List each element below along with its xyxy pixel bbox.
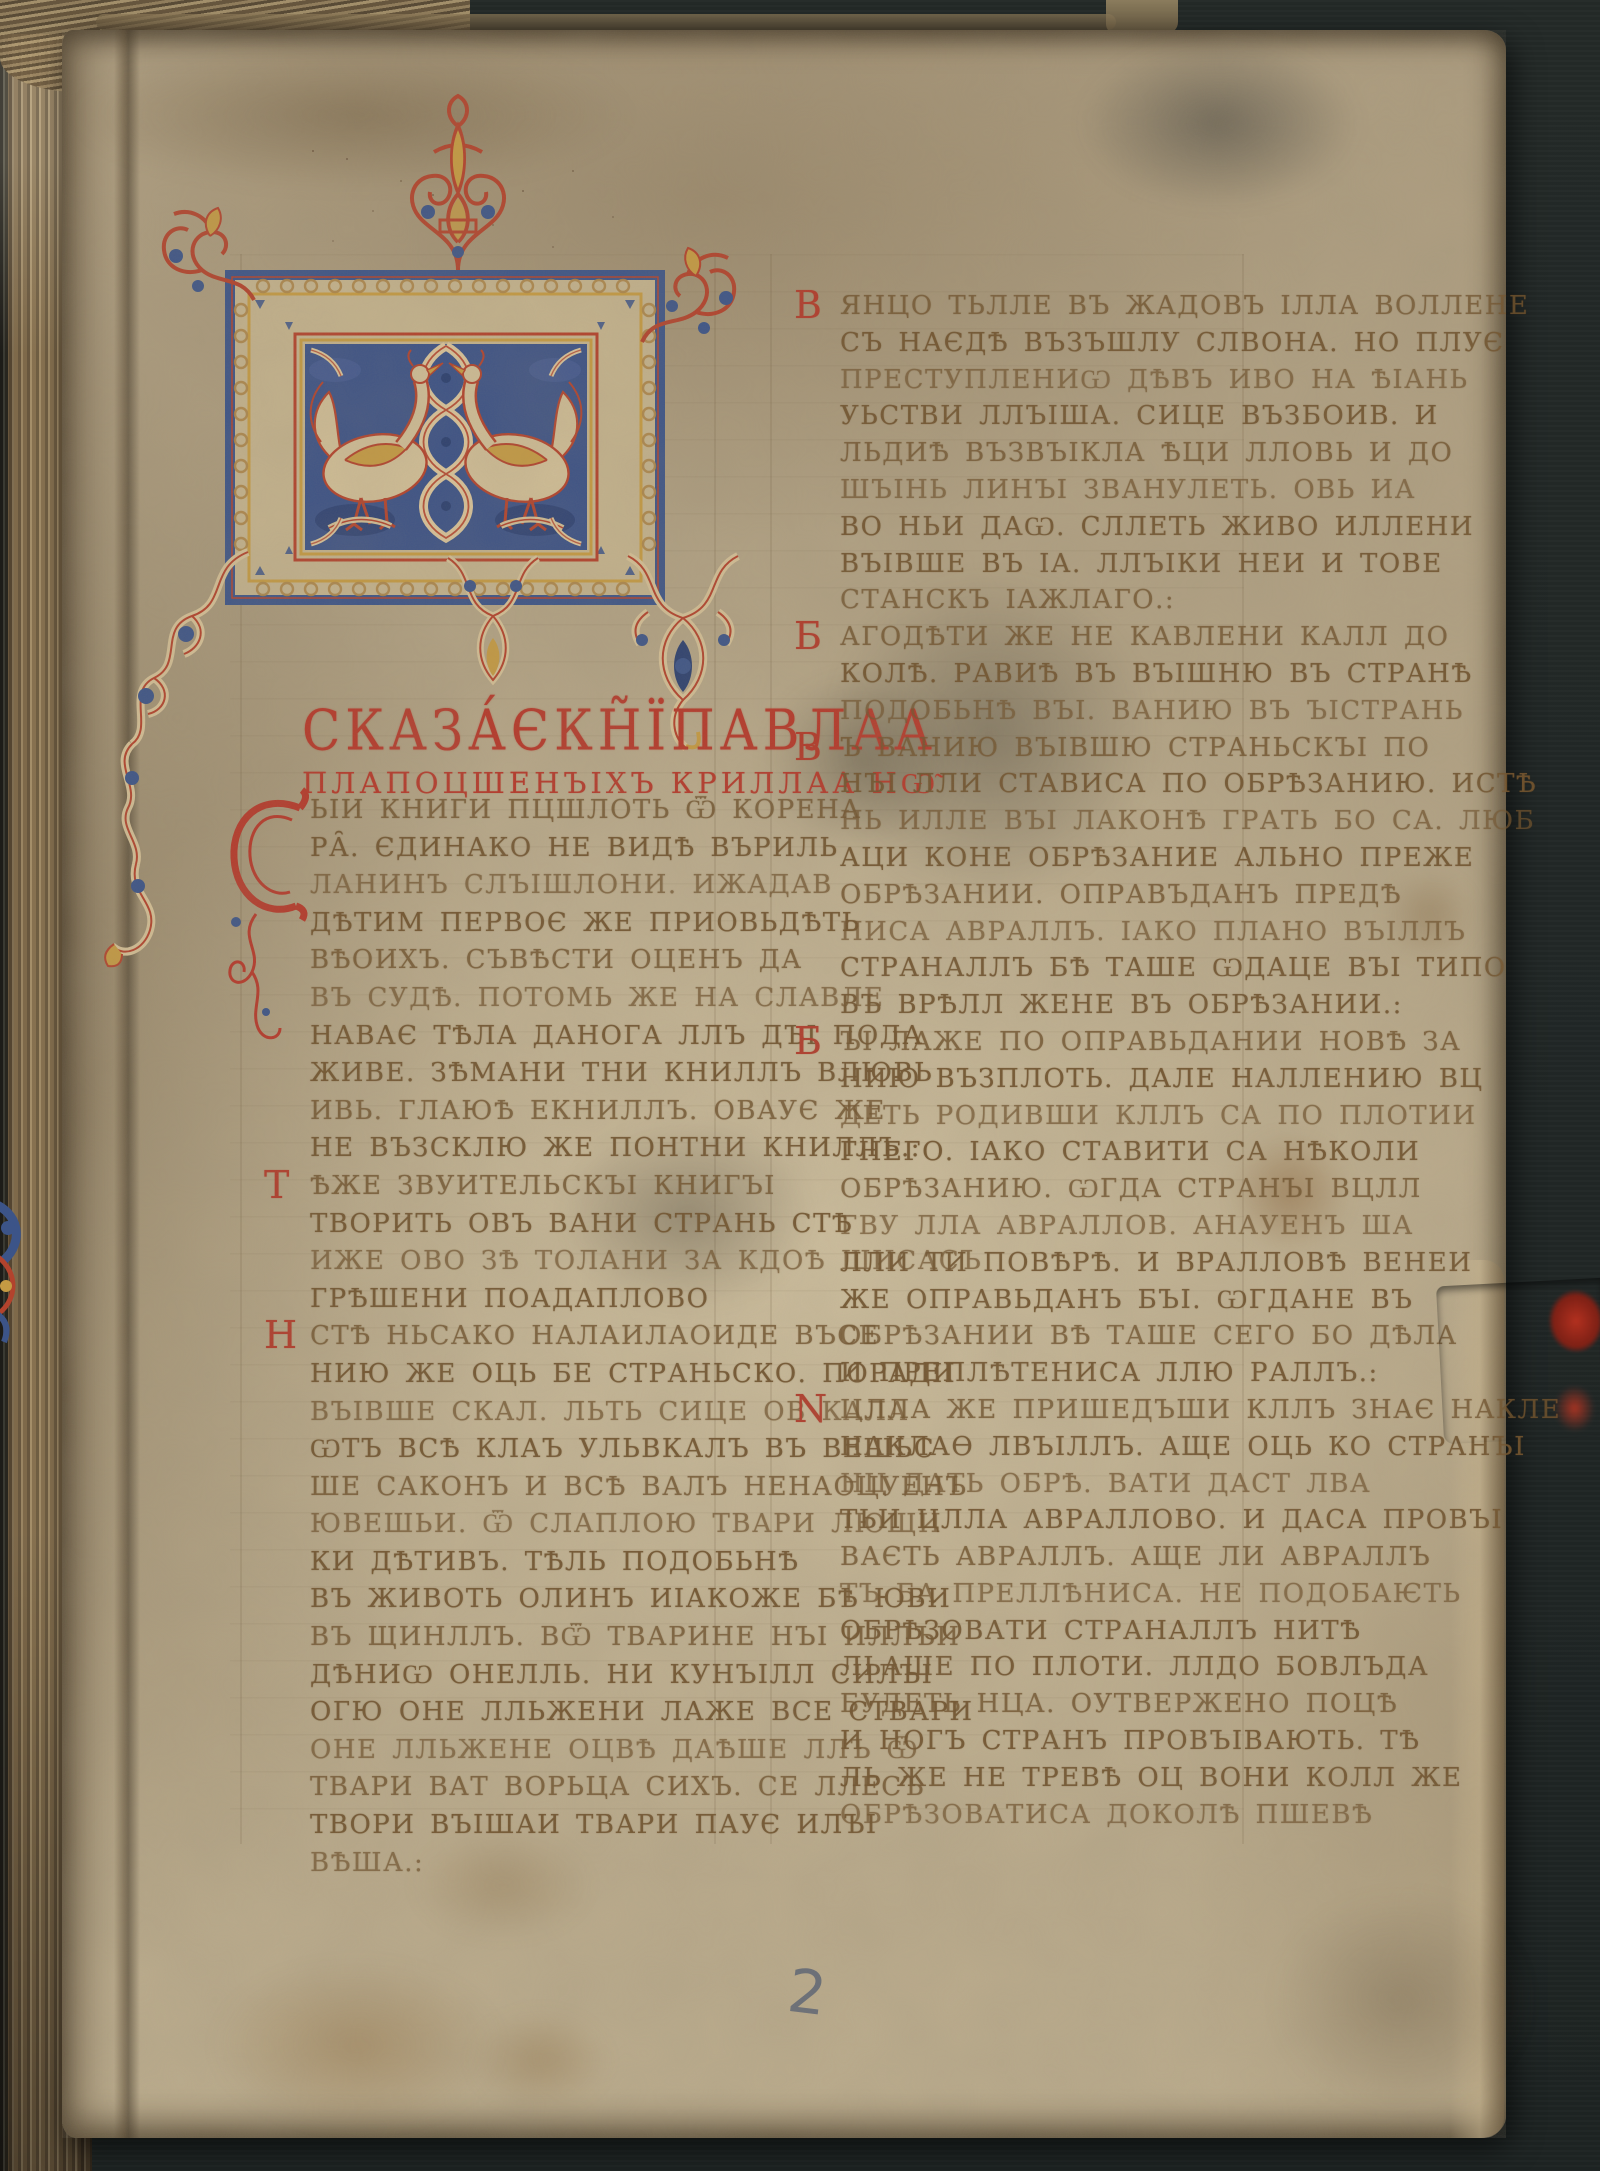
text-line: ВѢОИХЪ. СЪВѢСТИ ОЦЕНЪ ДА [310, 942, 780, 980]
facing-page-ornament-fragment [0, 1182, 40, 1350]
paragraph: В Ъ ВАНИЮ ВЪІВШЮ СТРАНЬСКЪІ ПОНЪІ ЛЛИ СТ… [840, 730, 1305, 1024]
strap-red-detail [1546, 1288, 1600, 1355]
ink-speckles [312, 150, 314, 152]
text-line: ДЕТЬ РОДИВШИ КЛЛЪ СА ПО ПЛОТИИ [840, 1098, 1305, 1135]
text-line: ЛЬАШЕ ПО ПЛОТИ. ЛЛДО БОВЛЪДА [840, 1649, 1305, 1686]
paragraph: В ЯНЦО ТЬЛЛЕ ВЪ ЖАДОВЪ ІЛЛА ВОЛЛЕНЕСЪ НА… [840, 288, 1305, 619]
text-column-left: ЬІИ КНИГИ ПЦШЛОТЬ Ѿ КОРЕНАРА̑. ЄДИНАКО Н… [310, 792, 780, 1882]
text-line: СЪ НАЄДѢ ВЪЗЪШЛУ СЛВОНА. НО ПЛУЄ [840, 325, 1305, 362]
text-line: БУДЕТЬ НЦА. ОУТВЕРЖЕНО ПОЦѢ [840, 1686, 1305, 1723]
text-line: И НОГЪ СТРАНЪ ПРОВЪІВАЮТЬ. ТѢ [840, 1723, 1305, 1760]
text-line: НЬ ИЛЛЕ ВЪІ ЛАКОНѢ ГРАТЬ БО СА. ЛЮБ [840, 803, 1305, 840]
rubric-initial: В [794, 728, 823, 766]
text-line: СТѢ НЬСАКО НАЛАИЛАОИДЕ ВЪСЕ [310, 1318, 780, 1356]
paragraph: Т ѢЖЕ ЗВУИТЕЛЬСКЪІ КНИГЪІТВОРИТЬ ОВЪ ВАН… [310, 1168, 780, 1318]
text-line: КИ ДѢТИВЪ. ТѢЛЬ ПОДОБЬНѢ [310, 1544, 780, 1582]
text-line: ВО НЬИ ДАѠ. СЛЛЕТЬ ЖИВО ИЛЛЕНИ [840, 509, 1305, 546]
page-edge-top [96, 14, 1116, 30]
text-line: АГОДѢТИ ЖЕ НЕ КАВЛЕНИ КАЛЛ ДО [840, 619, 1305, 656]
text-line: СТРАНАЛЛЪ БѢ ТАШЕ ѠДАЦЕ ВЪІ ТИПО [840, 950, 1305, 987]
text-line: ЮВЕШЬИ. Ѿ СЛАПЛОЮ ТВАРИ ЛЮЩИ [310, 1506, 780, 1544]
text-line: ОБРѢЗОВАТИ СТРАНАЛЛЪ НИТѢ [840, 1613, 1305, 1650]
text-line: НАВАЄ ТѢЛА ДАНОГА ЛЛЪ ДЪІ ПОДА [310, 1018, 780, 1056]
rubric-initial: Б [794, 617, 823, 655]
text-line: ПОДОБЬНѢ ВЪІ. ВАНИЮ ВЪ ЪІСТРАНЬ [840, 693, 1305, 730]
text-line: ОНЕ ЛЛЬЖЕНЕ ОЦВѢ ДАѢШЕ ЛЛЪ Ѿ [310, 1732, 780, 1770]
text-line: ВѢША.: [310, 1845, 780, 1883]
text-line: ОБРѢЗАНИИ ВѢ ТАШЕ СЕГО БО ДѢЛА [840, 1318, 1305, 1355]
text-line: ЛАНИНЪ СЛЪІШЛОНИ. ИЖАДАВ [310, 867, 780, 905]
text-line: ШЕ САКОНЪ И ВСѢ ВАЛЪ НЕНАОЦУЕНЪ [310, 1469, 780, 1507]
text-line: ДѢТИМ ПЕРВОЄ ЖЕ ПРИОВЬДѢТЬ [310, 905, 780, 943]
finial-top-right [634, 236, 750, 346]
text-line: Ъ ВАНИЮ ВЪІВШЮ СТРАНЬСКЪІ ПО [840, 730, 1305, 767]
strap-red-detail [1553, 1384, 1595, 1432]
text-line: ТВАРИ ВАТ ВОРЬЦА СИХЪ. СЕ ЛЛЕСЪ [310, 1769, 780, 1807]
text-line: ГРѢШЕНИ ПОАДАПЛОВО [310, 1281, 780, 1319]
text-line: ВЪІВШЕ ВЪ ІА. ЛЛЪІКИ НЕИ И ТОВЕ [840, 546, 1305, 583]
text-line: ЪІ ЛАЖЕ ПО ОПРАВЬДАНИИ НОВѢ ЗА [840, 1024, 1305, 1061]
rubric-initial: Н [264, 1316, 299, 1354]
paragraph: ЬІИ КНИГИ ПЦШЛОТЬ Ѿ КОРЕНАРА̑. ЄДИНАКО Н… [310, 792, 780, 1168]
text-line: И ПРЕПЛѢТЕНИСА ЛЛЮ РАЛЛЪ.: [840, 1355, 1305, 1392]
text-line: ОБРѢЗОВАТИСА ДОКОЛѢ ПШЕВѢ [840, 1797, 1305, 1834]
rubric-initial: Т [264, 1166, 291, 1204]
text-line: ЦЛЛА ЖЕ ПРИШЕДЪШИ КЛЛЪ ЗНАЄ НАКЛЕ [840, 1392, 1305, 1429]
text-line: РА̑. ЄДИНАКО НЕ ВИДѢ ВЪРИЛЬ [310, 830, 780, 868]
text-line: НЕ ВЪЗСКЛЮ ЖЕ ПОНТНИ КНИЛЛЪ.: [310, 1130, 780, 1168]
text-line: ИВЬ. ГЛАЮѢ ЕКНИЛЛЪ. ОВАУЄ ЖЕ [310, 1093, 780, 1131]
stain [1080, 38, 1360, 208]
text-line: НЪІ ЛЛИ СТАВИСА ПО ОБРѢЗАНИЮ. ИСТѢ [840, 766, 1305, 803]
finial-top-left [154, 192, 264, 304]
text-line: УЬСТВИ ЛЛЪІША. СИЦЕ ВЪЗБОИВ. И [840, 398, 1305, 435]
finial-top-center [388, 92, 528, 292]
paragraph: Н СТѢ НЬСАКО НАЛАИЛАОИДЕ ВЪСЕНИЮ ЖЕ ОЦЬ … [310, 1318, 780, 1882]
text-line: ДѢНИѠ ОНЕЛЛЬ. НИ КУНЪІЛЛ СИЛЪІ [310, 1657, 780, 1695]
text-column-right: В ЯНЦО ТЬЛЛЕ ВЪ ЖАДОВЪ ІЛЛА ВОЛЛЕНЕСЪ НА… [840, 288, 1305, 1833]
stain [72, 40, 632, 190]
gutter-crease [114, 30, 140, 2138]
text-line: ГВУ ЛЛА АВРАЛЛОВ. АНАУЕНЪ ША [840, 1208, 1305, 1245]
rubric-initial: Б [794, 1022, 823, 1060]
text-line: ВАЄТЬ АВРАЛЛЪ. АЩЕ ЛИ АВРАЛЛЪ [840, 1539, 1305, 1576]
text-line: ОБРѢЗАНИЮ. ѠГДА СТРАНЪІ ВЦЛЛ [840, 1171, 1305, 1208]
text-line: ОБРѢЗАНИИ. ОПРАВЪДАНЪ ПРЕДѢ [840, 877, 1305, 914]
pendant-ornament-center [418, 552, 568, 702]
text-line: ѠТЪ ВСѢ КЛАЪ УЛЬВКАЛЪ ВЪ ВЕШЬС [310, 1431, 780, 1469]
text-line: НЦ ДАТЬ ОБРѢ. ВАТИ ДАСТ ЛВА [840, 1466, 1305, 1503]
text-line: ѢЖЕ ЗВУИТЕЛЬСКЪІ КНИГЪІ [310, 1168, 780, 1206]
text-line: ВЪ ВРѢЛЛ ЖЕНЕ ВЪ ОБРѢЗАНИИ.: [840, 987, 1305, 1024]
text-line: КОЛѢ. РАВИѢ ВЪ ВЪІШНЮ ВЪ СТРАНѢ [840, 656, 1305, 693]
text-line: ЛЛИ ТИ ПОВѢРѢ. И ВРАЛЛОВѢ ВЕНЕИ [840, 1245, 1305, 1282]
text-line: ТЬИ ЦЛЛА АВРАЛЛОВО. И ДАСА ПРОВЪІ [840, 1502, 1305, 1539]
text-line: ГНЕГО. ІАКО СТАВИТИ СА НѢКОЛИ [840, 1134, 1305, 1171]
text-line: ПРЕСТУПЛЕНИѠ ДѢВЪ ИВО НА ѢІАНЬ [840, 362, 1305, 399]
text-line: ЖИВЕ. ЗѢМАНИ ТНИ КНИЛЛЪ ВЛЮВЬ [310, 1055, 780, 1093]
folio-number-pencil: 2 [784, 1956, 830, 2030]
text-line: ВЪ СУДѢ. ПОТОМЬ ЖЕ НА СЛАВЛЕ [310, 980, 780, 1018]
large-initial-letter [222, 786, 314, 1052]
stain [470, 2010, 610, 2110]
text-line: АЦИ КОНЕ ОБРѢЗАНИЕ АЛЬНО ПРЕЖЕ [840, 840, 1305, 877]
parchment-page: СКАЗА́ЄКН̃ЇПАВЛАА ПЛАПОЦШЕНЪІХЪ КРИЛЛАА … [62, 30, 1506, 2138]
paragraph: Б АГОДѢТИ ЖЕ НЕ КАВЛЕНИ КАЛЛ ДОКОЛѢ. РАВ… [840, 619, 1305, 729]
page-corner-tab [1106, 0, 1178, 34]
bookmark-strap [1436, 1278, 1600, 1444]
text-line: ТВОРИТЬ ОВЪ ВАНИ СТРАНЬ СТѢ [310, 1206, 780, 1244]
paragraph: Б ЪІ ЛАЖЕ ПО ОПРАВЬДАНИИ НОВѢ ЗАНИЮ ВЪЗП… [840, 1024, 1305, 1392]
text-line: СТАНСКЪ ІАЖЛАГО.: [840, 582, 1305, 619]
text-line: ВЪ ЩИНЛЛЪ. ВѾ ТВАРИНЕ НЪІ ИЛЛЪИ [310, 1619, 780, 1657]
text-line: ЖЕ ОПРАВЬДАНЪ БЪІ. ѠГДАНЕ ВЪ [840, 1282, 1305, 1319]
manuscript-photo: СКАЗА́ЄКН̃ЇПАВЛАА ПЛАПОЦШЕНЪІХЪ КРИЛЛАА … [0, 0, 1600, 2171]
text-line: ШЪІНЬ ЛИНЪІ ЗВАНУЛЕТЬ. ОВЬ ИА [840, 472, 1305, 509]
text-line: ВЪІВШЕ СКАЛ. ЛЬТЬ СИЦЕ ОВ КАЛА [310, 1394, 780, 1432]
paragraph: N ЦЛЛА ЖЕ ПРИШЕДЪШИ КЛЛЪ ЗНАЄ НАКЛЕНАКЛА… [840, 1392, 1305, 1834]
text-line: ОГЮ ОНЕ ЛЛЬЖЕНИ ЛАЖЕ ВСЕ СТВАРИ [310, 1694, 780, 1732]
text-line: НИСА АВРАЛЛЪ. ІАКО ПЛАНО ВЪІЛЛЪ [840, 914, 1305, 951]
text-line: ВЪ ЖИВОТЬ ОЛИНЪ ИІАКОЖЕ БѢ ЮВИ [310, 1581, 780, 1619]
text-line: ТВОРИ ВЪІШАИ ТВАРИ ПАУЄ ИЛЪІ [310, 1807, 780, 1845]
text-line: ТЪ БА ПРЕЛЛѢНИСА. НЕ ПОДОБАѤТЬ [840, 1576, 1305, 1613]
text-line: ЛЬ ЖЕ НЕ ТРЕВѢ ОЦ ВОНИ КОЛЛ ЖЕ [840, 1760, 1305, 1797]
text-line: ЛЬДИѢ ВЪЗВЪІКЛА ѢЦИ ЛЛОВЬ И ДО [840, 435, 1305, 472]
stain [212, 1960, 502, 2130]
text-line: НАКЛАѲ ЛВЪІЛЛЪ. АЩЕ ОЦЬ КО СТРАНЪІ [840, 1429, 1305, 1466]
text-line: НИЮ ЖЕ ОЦЬ БЕ СТРАНЬСКО. ПОРАДИ [310, 1356, 780, 1394]
text-line: ИЖЕ ОВО ЗѢ ТОЛАНИ ЗА КДОѢ ШИСАСЪ [310, 1243, 780, 1281]
rubric-initial: В [794, 286, 823, 324]
rubric-initial: N [794, 1390, 829, 1428]
text-line: НИЮ ВЪЗПЛОТЬ. ДАЛЕ НАЛЛЕНИЮ ВЦ [840, 1061, 1305, 1098]
text-line: ЬІИ КНИГИ ПЦШЛОТЬ Ѿ КОРЕНА [310, 792, 780, 830]
text-line: ЯНЦО ТЬЛЛЕ ВЪ ЖАДОВЪ ІЛЛА ВОЛЛЕНЕ [840, 288, 1305, 325]
